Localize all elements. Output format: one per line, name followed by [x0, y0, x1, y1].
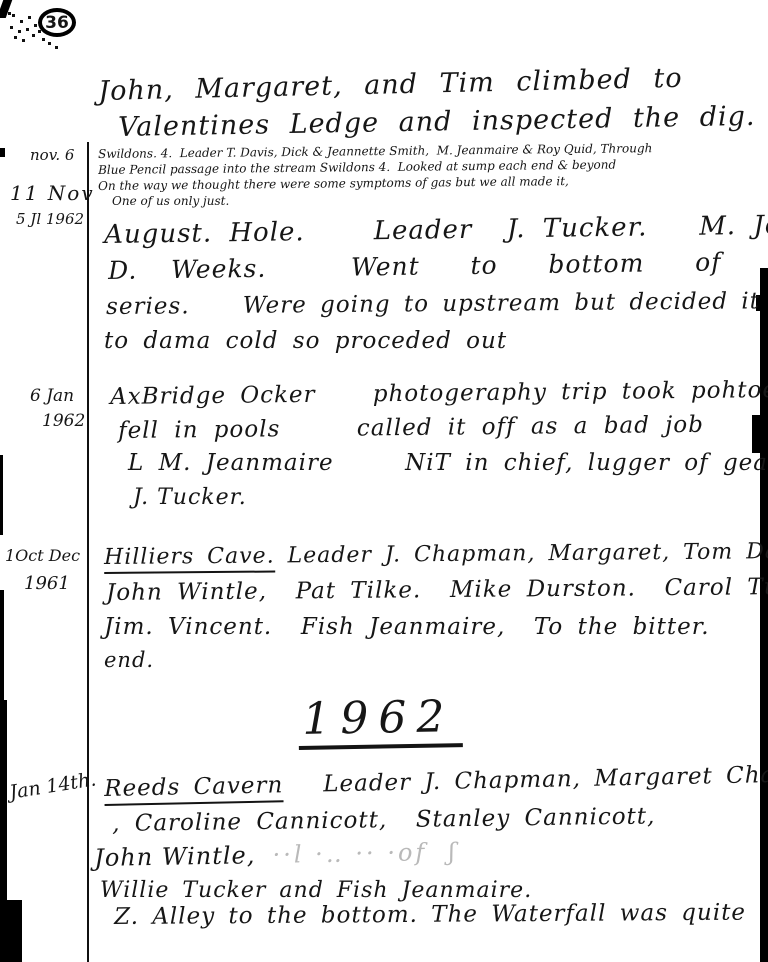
faint-pencil-note: ··l ·‥ ·· ·of ʃ: [272, 838, 458, 869]
log-line: John Wintle, ··l ·‥ ·· ·of ʃ: [94, 840, 458, 870]
scan-edge-artifact: [0, 0, 12, 18]
log-line: fell in pools called it off as a bad job: [118, 414, 704, 443]
ink-speckles: [8, 12, 11, 15]
log-line-text: John Wintle,: [94, 841, 256, 872]
log-line: to dama cold so proceded out: [104, 330, 507, 353]
log-line: D. Weeks. Went to bottom of Down-stream: [108, 246, 768, 283]
margin-date: 1961: [24, 573, 70, 594]
entry-title: Hilliers Cave.: [104, 544, 275, 574]
margin-date: nov. 6: [30, 146, 74, 164]
page-number: 36: [45, 13, 69, 33]
year-heading: 1962: [298, 695, 463, 750]
log-line: Reeds Cavern Leader J. Chapman, Margaret…: [104, 762, 768, 800]
scan-edge-artifact: [0, 900, 22, 962]
log-line: Willie Tucker and Fish Jeanmaire.: [100, 880, 532, 902]
log-line: AxBridge Ocker photogeraphy trip took po…: [110, 379, 768, 409]
entry-title-rest: Leader J. Chapman, Margaret Chapman: [283, 760, 768, 798]
log-line: On the way we thought there were some sy…: [98, 175, 569, 192]
log-line: Z. Alley to the bottom. The Waterfall wa…: [114, 902, 746, 929]
entry-title-rest: Leader J. Chapman, Margaret, Tom Davies,: [275, 539, 768, 569]
scanned-logbook-page: 36 John, Margaret, and Tim climbed to Va…: [0, 0, 768, 962]
margin-date: 1Oct Dec: [5, 546, 80, 565]
margin-date: Jan 14th.: [8, 768, 98, 803]
log-line: series. Were going to upstream but decid…: [106, 290, 768, 319]
scan-edge-artifact: [0, 590, 4, 705]
margin-date: 1962: [42, 411, 85, 431]
log-line: J. Tucker.: [133, 487, 247, 509]
log-line: John Wintle, Pat Tilke. Mike Durston. Ca…: [106, 576, 768, 605]
log-line: , Caroline Cannicott, Stanley Cannicott,: [112, 805, 656, 836]
log-line: Jim. Vincent. Fish Jeanmaire, To the bit…: [104, 616, 710, 639]
page-number-badge: 36: [38, 8, 76, 37]
log-line: Hilliers Cave. Leader J. Chapman, Margar…: [104, 541, 768, 569]
margin-rule: [87, 142, 89, 962]
log-line: end.: [104, 650, 154, 671]
log-line: John, Margaret, and Tim climbed to: [98, 65, 683, 105]
margin-date: 11 Nov: [10, 181, 95, 205]
log-line: August. Hole. Leader J. Tucker. M. Jeanm…: [104, 211, 768, 248]
log-line: Blue Pencil passage into the stream Swil…: [98, 159, 616, 176]
entry-title: Reeds Cavern: [104, 772, 284, 806]
log-line: One of us only just.: [112, 195, 229, 207]
margin-date: 6 Jan: [30, 386, 74, 406]
scan-edge-artifact: [752, 415, 768, 453]
log-line: L M. Jeanmaire NiT in chief, lugger of g…: [128, 452, 768, 475]
scan-edge-artifact: [760, 268, 768, 962]
scan-edge-artifact: [0, 148, 5, 157]
scan-edge-artifact: [0, 455, 3, 535]
log-line: Valentines Ledge and inspected the dig.: [118, 103, 756, 141]
margin-date: 5 Jl 1962: [16, 210, 84, 228]
